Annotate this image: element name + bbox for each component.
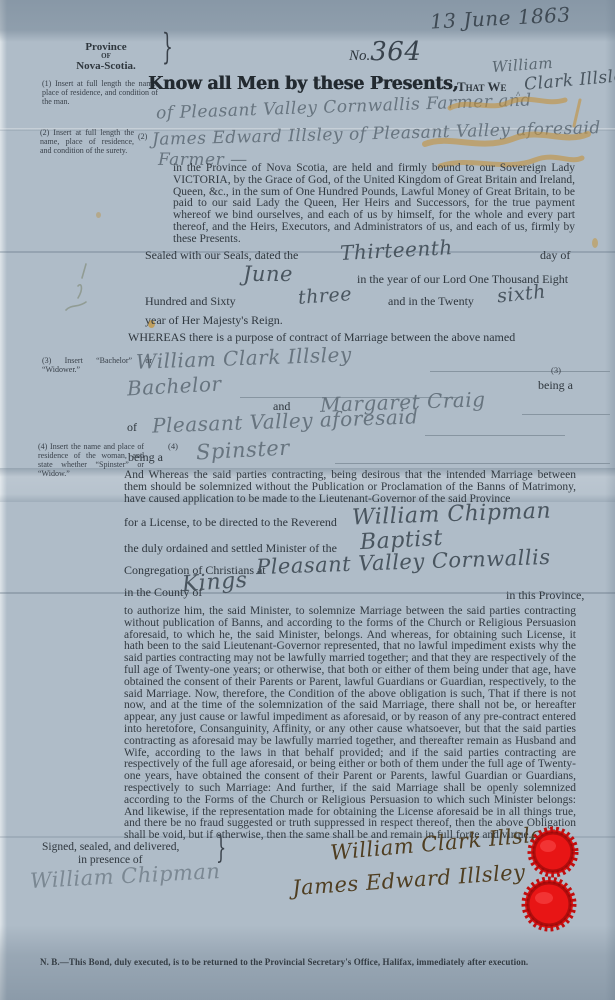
margin-note-2-ref: (2) [138, 132, 147, 141]
fold-crease [0, 251, 615, 253]
filing-date-annotation: 13 June 1863 [429, 2, 571, 33]
province-brace: } [162, 27, 173, 69]
hw-groom-name: William Clark Illsley [136, 342, 352, 374]
license-line4b: in this Province, [506, 588, 584, 603]
signing-line1: Signed, sealed, and delivered, [42, 841, 179, 853]
doc-number-label: No. [349, 48, 370, 64]
fill-line [335, 462, 610, 464]
pencil-marks [48, 258, 118, 328]
hw-county: Kings [181, 568, 248, 598]
doc-number-value: 364 [370, 37, 421, 67]
province-header: Province OF Nova-Scotia. [50, 42, 162, 72]
margin-note-2: (2) Insert at full length the name, plac… [40, 128, 134, 155]
margin-note-3: (3) Insert “Bachelor” or “Widower.” [42, 356, 152, 374]
sealed-line1-dayof: day of [540, 248, 570, 263]
hw-month-june: June [243, 262, 293, 286]
hw-bride-status: Spinster [195, 436, 290, 465]
opening-heading: Know all Men by these Presents, [148, 74, 458, 94]
wax-seal [518, 874, 580, 934]
fill-line [522, 413, 610, 415]
license-line1: for a License, to be directed to the Rev… [124, 515, 337, 530]
province-line2: OF [50, 53, 162, 60]
sealed-line3-a: Hundred and Sixty [145, 294, 236, 309]
being-a-label: being a [538, 378, 573, 393]
hw-reign-sixth: sixth [496, 281, 547, 308]
hw-bride-residence: Pleasant Valley aforesaid [152, 404, 419, 437]
condition-paragraph: to authorize him, the said Minister, to … [124, 606, 576, 842]
marriage-bond-document: 13 June 1863 No.364 Province OF Nova-Sco… [0, 0, 615, 1000]
footer-note: N. B.—This Bond, duly executed, is to be… [40, 957, 580, 967]
hw-day-thirteenth: Thirteenth [339, 235, 453, 265]
signature-james-edward-illsley: James Edward Illsley [291, 860, 526, 900]
of-label: of [127, 420, 137, 435]
bond-paragraph: in the Province of Nova Scotia, are held… [173, 163, 575, 246]
stain [592, 238, 598, 248]
margin-note-1: (1) Insert at full length the name, plac… [42, 79, 158, 106]
province-line3: Nova-Scotia. [50, 60, 162, 72]
fill-line [425, 434, 565, 436]
hw-groom-status: Bachelor [126, 372, 222, 401]
sealed-line3-b: and in the Twenty [388, 294, 474, 309]
sealed-line4: year of Her Majesty's Reign. [145, 313, 283, 328]
ref-4: (4) [168, 442, 178, 451]
witness-signature: William Chipman [30, 859, 221, 893]
sealed-line1-text: Sealed with our Seals, dated the [145, 248, 298, 263]
wax-seal [524, 824, 582, 880]
doc-number: No.364 [349, 37, 421, 67]
hw-year-three: three [297, 283, 352, 309]
being-a-label-2: being a [128, 450, 163, 465]
stain [96, 212, 101, 218]
ref-3: (3) [551, 366, 561, 375]
fill-line [430, 370, 610, 372]
